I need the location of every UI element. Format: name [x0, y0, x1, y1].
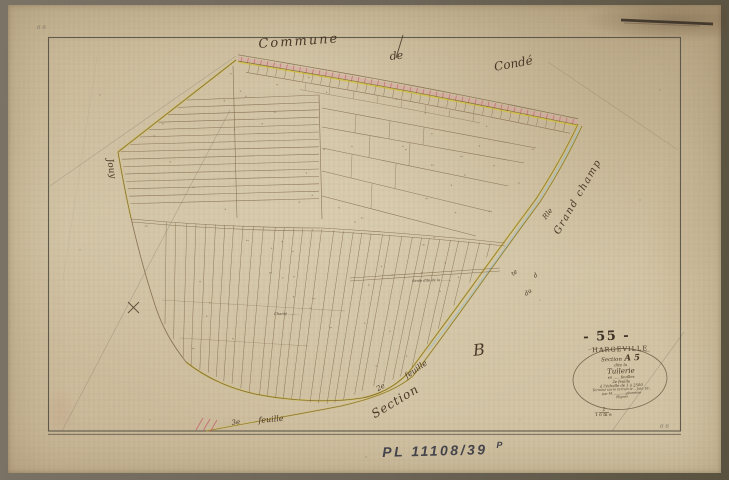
- cartouche-section-id: A 5: [624, 352, 640, 363]
- corner-mark-top-left: 6 6: [37, 24, 46, 30]
- archive-reference-text: PL 11108/39: [382, 441, 488, 460]
- tome-mark: 2 Tome: [588, 403, 620, 418]
- cartouche-stamp: HARGEVILLE Section A 5 dite la Tuilerie …: [570, 343, 672, 401]
- left-boundary: [118, 152, 186, 362]
- corner-mark-bottom-right: 6 6: [660, 423, 669, 429]
- cartouche-section-word: Section: [601, 355, 622, 362]
- scanned-cadastral-map: Commune de Condé Grand champ Rle te d du…: [0, 0, 729, 480]
- bottom-boundary: [186, 362, 409, 401]
- archive-reference-suffix: P: [496, 440, 502, 450]
- archive-reference: PL 11108/39P: [382, 440, 503, 460]
- parcel-band-under-road: [246, 64, 570, 133]
- x-mark: [128, 302, 139, 313]
- commune-de-label: de: [389, 49, 404, 63]
- fan-strip-parcels: [165, 222, 490, 404]
- upper-left-strip-parcels: [121, 66, 322, 219]
- feuille-3-superscript: 3e: [231, 418, 241, 427]
- upper-right-parcels: [322, 108, 536, 236]
- sheet-number-55: - 55 -: [583, 328, 630, 345]
- section-letter-b: B: [472, 340, 486, 360]
- tome-word: Tome: [588, 413, 620, 418]
- scan-fold-streak: [621, 20, 713, 26]
- lieu-dit-label: Champ .........: [274, 311, 299, 316]
